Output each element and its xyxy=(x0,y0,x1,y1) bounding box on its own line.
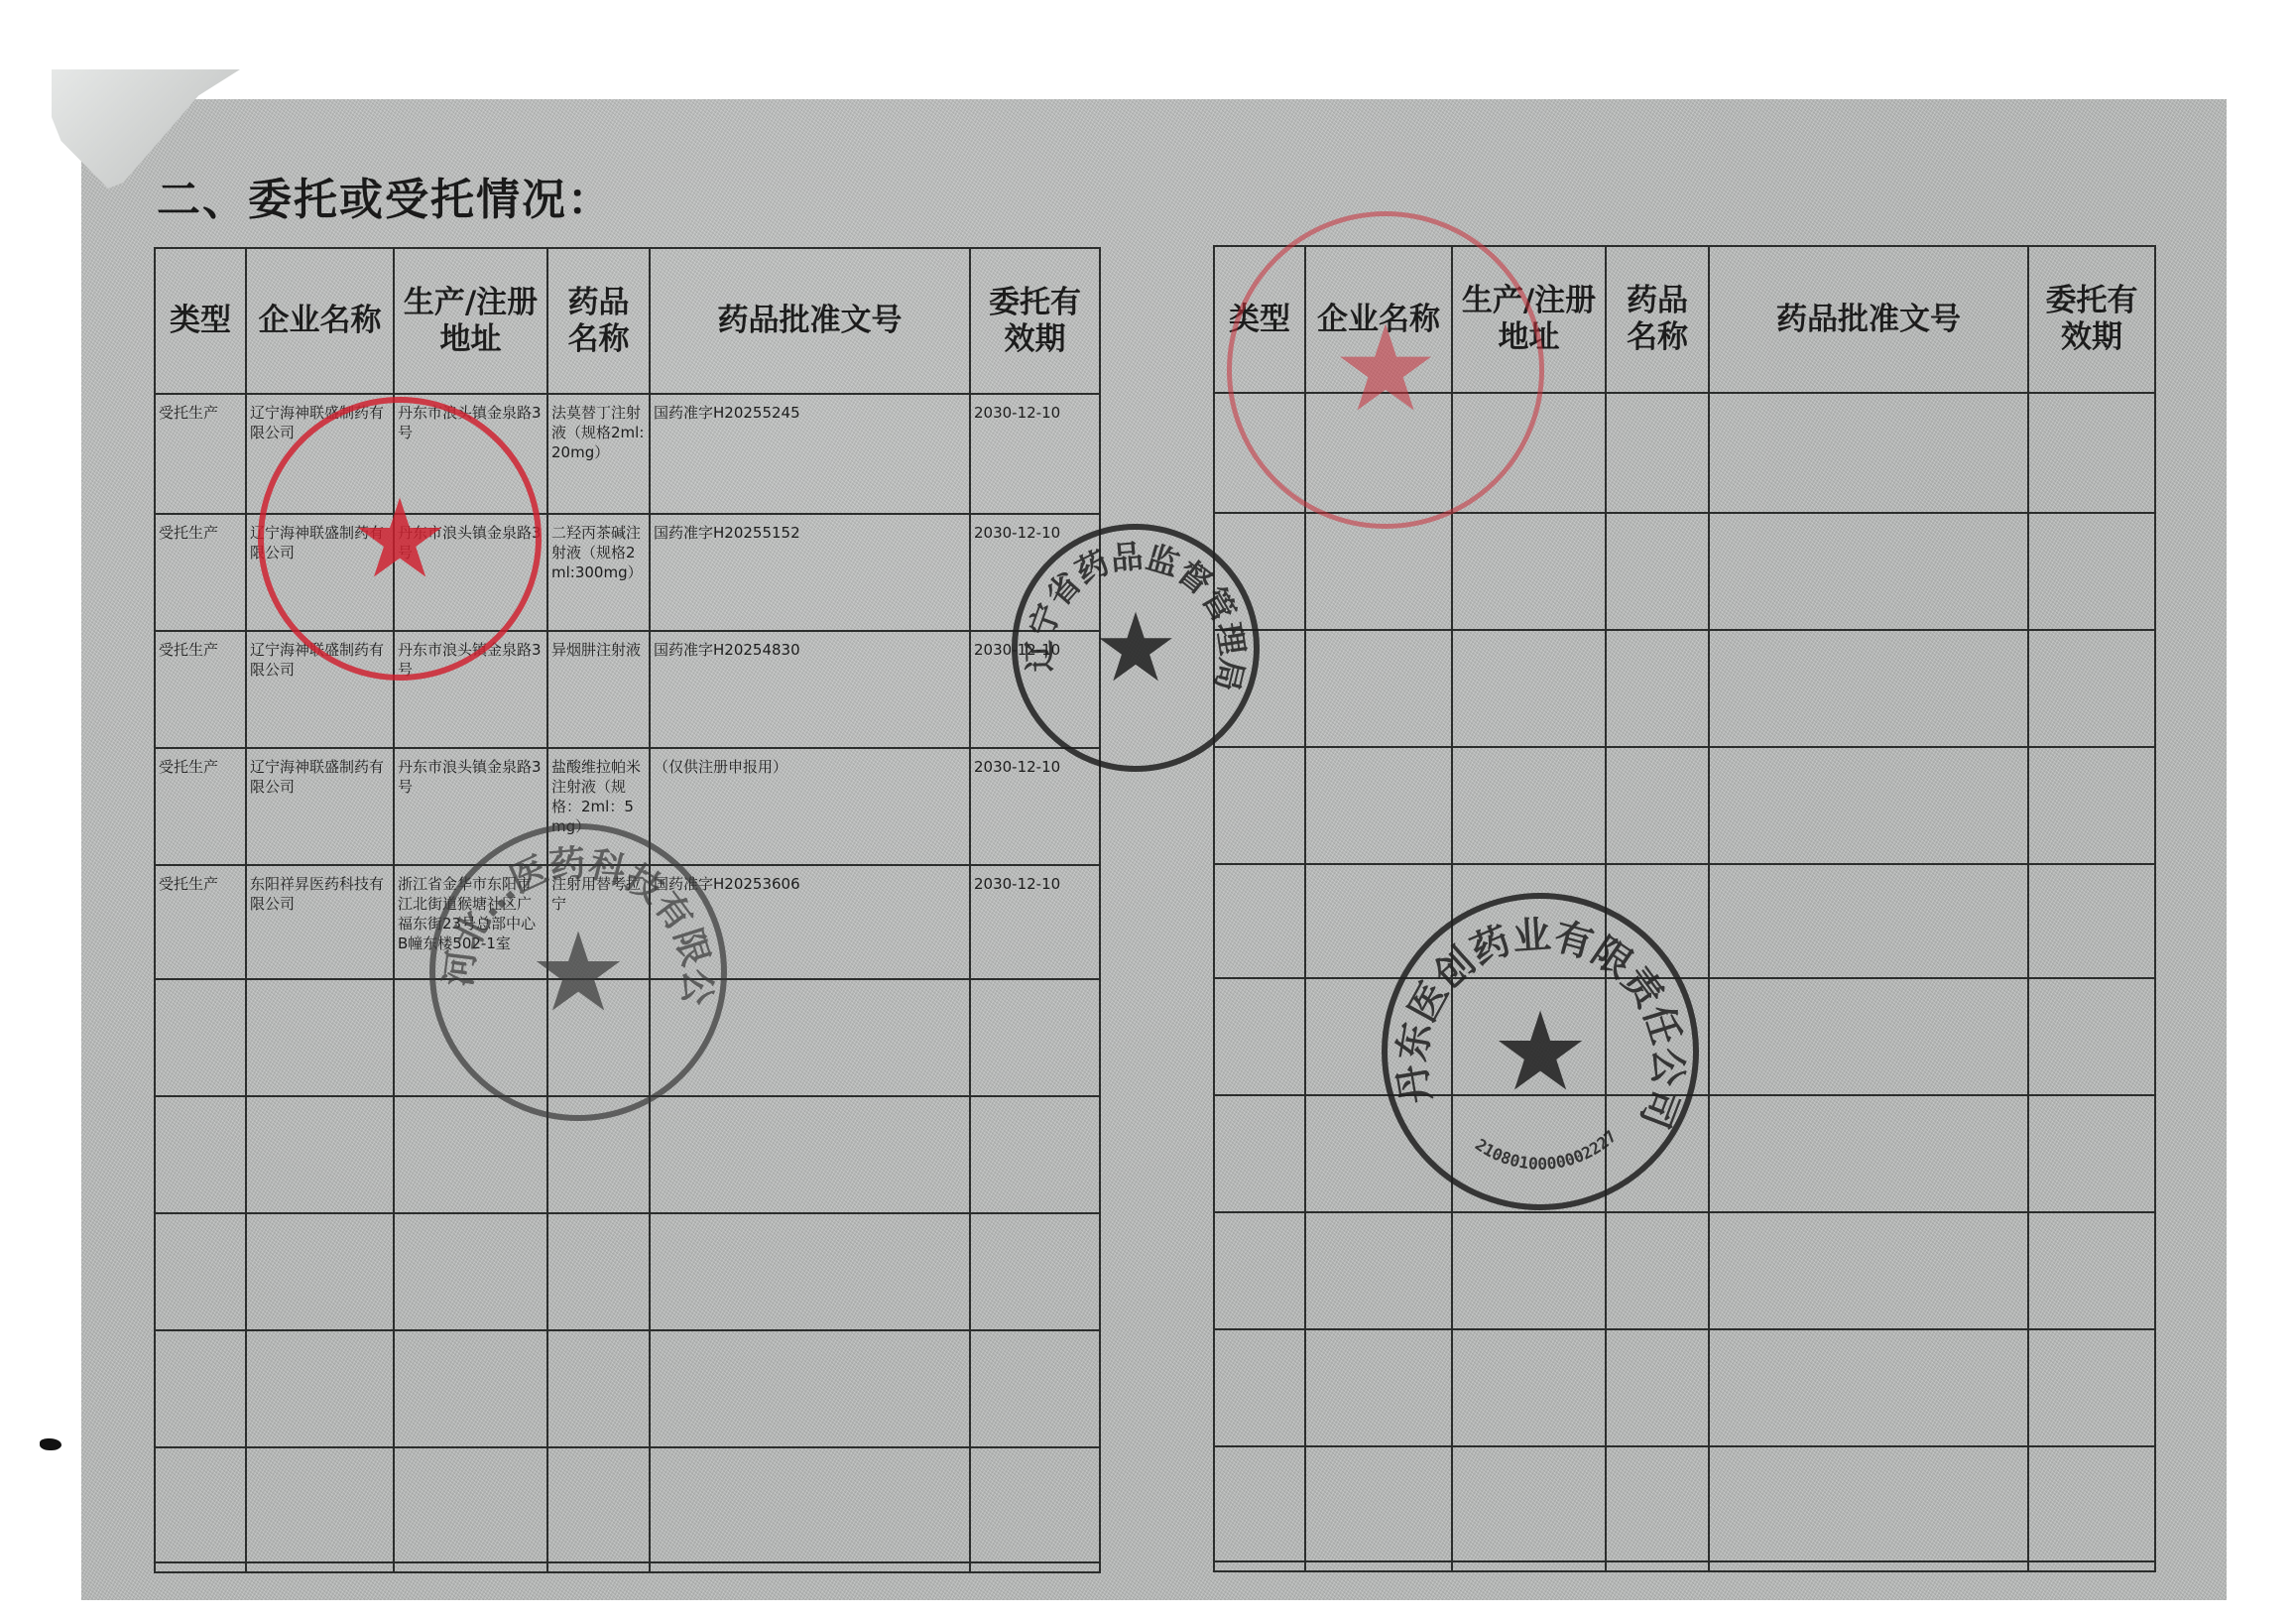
cell-company-text: 辽宁海神联盛制药有限公司 xyxy=(247,515,393,562)
cell-approval-number-text xyxy=(1710,631,2027,639)
cell-valid-until xyxy=(970,1447,1100,1562)
cell-address xyxy=(1452,513,1606,630)
cell-address xyxy=(394,1447,547,1562)
cell-type: 受托生产 xyxy=(155,394,246,514)
cell-type xyxy=(1214,864,1305,978)
cell-approval-number-text: 国药准字H20253606 xyxy=(651,866,969,894)
section-title: 二、委托或受托情况： xyxy=(157,164,613,227)
cell-drug-name-text xyxy=(1607,1213,1708,1221)
cell-company-text xyxy=(247,1097,393,1105)
cell-drug-name-text xyxy=(1607,631,1708,639)
cell-valid-until-text xyxy=(2029,1213,2154,1221)
cell-drug-name-text xyxy=(1607,394,1708,402)
cell-company xyxy=(246,1096,394,1213)
cell-type xyxy=(155,1330,246,1447)
cell-valid-until: 2030-12-10 xyxy=(970,748,1100,865)
cell-type-text xyxy=(1215,1096,1304,1104)
table-row xyxy=(155,1330,1100,1447)
cell-type-text: 受托生产 xyxy=(156,632,245,660)
cell-drug-name-text xyxy=(1607,514,1708,522)
cell-company-text xyxy=(247,1448,393,1456)
cell-address-text xyxy=(1453,865,1605,873)
cell-address-text xyxy=(395,980,546,988)
header-drug-name: 药品 名称 xyxy=(1606,246,1709,393)
cell-drug-name-text xyxy=(548,980,649,988)
cell-type xyxy=(1214,1561,1305,1571)
table-row: 受托生产辽宁海神联盛制药有限公司丹东市浪头镇金泉路3号二羟丙茶碱注射液（规格2m… xyxy=(155,514,1100,631)
cell-drug-name: 盐酸维拉帕米注射液（规格：2ml：5mg） xyxy=(547,748,650,865)
cell-drug-name-text: 异烟肼注射液 xyxy=(548,632,649,660)
cell-drug-name xyxy=(547,1096,650,1213)
header-company: 企业名称 xyxy=(1305,246,1452,393)
cell-type xyxy=(155,1096,246,1213)
cell-address xyxy=(394,1330,547,1447)
cell-approval-number: 国药准字H20255152 xyxy=(650,514,970,631)
cell-valid-until-text: 2030-12-10 xyxy=(971,866,1099,894)
cell-address xyxy=(394,1213,547,1330)
cell-address xyxy=(1452,630,1606,747)
cell-valid-until-text xyxy=(2029,865,2154,873)
cell-address-text: 丹东市浪头镇金泉路3号 xyxy=(395,395,546,442)
cell-valid-until xyxy=(2028,1329,2155,1446)
cell-drug-name-text: 盐酸维拉帕米注射液（规格：2ml：5mg） xyxy=(548,749,649,836)
cell-drug-name xyxy=(1606,864,1709,978)
cell-valid-until: 2030-12-10 xyxy=(970,514,1100,631)
cell-type xyxy=(1214,393,1305,513)
cell-address: 丹东市浪头镇金泉路3号 xyxy=(394,514,547,631)
cell-drug-name-text xyxy=(1607,748,1708,756)
cell-valid-until-text: 2030-12-10 xyxy=(971,395,1099,423)
cell-address-text xyxy=(1453,1213,1605,1221)
cell-company-text xyxy=(1306,631,1451,639)
cell-drug-name xyxy=(1606,630,1709,747)
cell-valid-until-text: 2030-12-10 xyxy=(971,632,1099,660)
cell-company-text: 东阳祥昇医药科技有限公司 xyxy=(247,866,393,914)
cell-company xyxy=(1305,1446,1452,1561)
cell-company xyxy=(1305,1212,1452,1329)
cell-company-text xyxy=(1306,394,1451,402)
cell-approval-number-text xyxy=(651,1214,969,1222)
cell-valid-until-text xyxy=(971,1331,1099,1339)
cell-drug-name-text: 二羟丙茶碱注射液（规格2ml:300mg） xyxy=(548,515,649,582)
header-approval-number: 药品批准文号 xyxy=(1709,246,2028,393)
cell-drug-name xyxy=(547,1562,650,1572)
cell-valid-until-text xyxy=(2029,748,2154,756)
cell-address xyxy=(1452,978,1606,1095)
right-entrustment-table: 类型 企业名称 生产/注册 地址 药品 名称 药品批准文号 委托有 效期 xyxy=(1213,245,2156,1572)
table-row: 受托生产辽宁海神联盛制药有限公司丹东市浪头镇金泉路3号异烟肼注射液国药准字H20… xyxy=(155,631,1100,748)
cell-address-text xyxy=(1453,1330,1605,1338)
cell-type xyxy=(1214,1095,1305,1212)
cell-approval-number-text xyxy=(651,980,969,988)
cell-approval-number-text xyxy=(1710,979,2027,987)
cell-drug-name xyxy=(1606,978,1709,1095)
table-row xyxy=(1214,393,2155,513)
left-table-body: 受托生产辽宁海神联盛制药有限公司丹东市浪头镇金泉路3号法莫替丁注射液（规格2ml… xyxy=(155,394,1100,1572)
cell-company xyxy=(246,1447,394,1562)
cell-approval-number xyxy=(1709,1561,2028,1571)
cell-approval-number-text xyxy=(651,1563,969,1571)
cell-address xyxy=(394,979,547,1096)
cell-address-text: 丹东市浪头镇金泉路3号 xyxy=(395,749,546,797)
cell-company-text: 辽宁海神联盛制药有限公司 xyxy=(247,395,393,442)
cell-valid-until xyxy=(970,1096,1100,1213)
cell-approval-number: 国药准字H20254830 xyxy=(650,631,970,748)
cell-drug-name-text xyxy=(548,1563,649,1571)
cell-valid-until-text xyxy=(971,980,1099,988)
cell-type xyxy=(155,1447,246,1562)
cell-approval-number-text xyxy=(1710,1096,2027,1104)
cell-company xyxy=(1305,864,1452,978)
table-row xyxy=(1214,1561,2155,1571)
cell-type xyxy=(1214,747,1305,864)
table-row xyxy=(155,1447,1100,1562)
cell-address-text xyxy=(1453,394,1605,402)
cell-valid-until xyxy=(2028,393,2155,513)
table-row xyxy=(1214,1446,2155,1561)
cell-approval-number xyxy=(1709,747,2028,864)
cell-address-text xyxy=(1453,748,1605,756)
cell-address xyxy=(1452,1561,1606,1571)
cell-address xyxy=(1452,1329,1606,1446)
cell-approval-number xyxy=(650,1096,970,1213)
cell-approval-number xyxy=(1709,1095,2028,1212)
cell-address xyxy=(1452,1212,1606,1329)
cell-address xyxy=(1452,747,1606,864)
cell-approval-number-text xyxy=(1710,514,2027,522)
cell-company: 辽宁海神联盛制药有限公司 xyxy=(246,748,394,865)
cell-address-text xyxy=(395,1214,546,1222)
cell-valid-until xyxy=(2028,864,2155,978)
header-company: 企业名称 xyxy=(246,248,394,394)
cell-company xyxy=(246,1213,394,1330)
cell-type-text xyxy=(156,1331,245,1339)
cell-approval-number-text xyxy=(651,1448,969,1456)
cell-valid-until-text xyxy=(2029,1447,2154,1455)
cell-type: 受托生产 xyxy=(155,748,246,865)
cell-drug-name xyxy=(547,1330,650,1447)
cell-address-text: 浙江省金华市东阳市江北街道猴塘社区广福东街23号总部中心B幢东楼502-1室 xyxy=(395,866,546,953)
cell-company: 东阳祥昇医药科技有限公司 xyxy=(246,865,394,979)
cell-type-text xyxy=(1215,514,1304,522)
cell-company xyxy=(246,979,394,1096)
cell-valid-until xyxy=(970,979,1100,1096)
cell-company-text xyxy=(1306,979,1451,987)
cell-valid-until-text xyxy=(971,1097,1099,1105)
cell-approval-number-text xyxy=(1710,1562,2027,1570)
cell-company-text xyxy=(247,1563,393,1571)
cell-type xyxy=(1214,1212,1305,1329)
cell-approval-number xyxy=(1709,1212,2028,1329)
cell-approval-number-text xyxy=(1710,394,2027,402)
table-row xyxy=(1214,1329,2155,1446)
cell-address: 浙江省金华市东阳市江北街道猴塘社区广福东街23号总部中心B幢东楼502-1室 xyxy=(394,865,547,979)
cell-drug-name: 注射用替考拉宁 xyxy=(547,865,650,979)
cell-valid-until-text xyxy=(2029,1330,2154,1338)
cell-address-text: 丹东市浪头镇金泉路3号 xyxy=(395,515,546,562)
cell-type-text xyxy=(1215,1562,1304,1570)
cell-type-text xyxy=(156,1448,245,1456)
cell-company-text xyxy=(1306,514,1451,522)
table-row xyxy=(155,979,1100,1096)
cell-approval-number xyxy=(1709,864,2028,978)
cell-type xyxy=(155,1562,246,1572)
cell-address-text xyxy=(395,1448,546,1456)
table-row xyxy=(1214,1212,2155,1329)
header-address: 生产/注册 地址 xyxy=(394,248,547,394)
cell-approval-number: 国药准字H20253606 xyxy=(650,865,970,979)
cell-approval-number-text xyxy=(1710,865,2027,873)
left-entrustment-table: 类型 企业名称 生产/注册 地址 药品 名称 药品批准文号 委托有 效期 受托生… xyxy=(154,247,1101,1573)
cell-type xyxy=(1214,978,1305,1095)
cell-company: 辽宁海神联盛制药有限公司 xyxy=(246,631,394,748)
table-row: 受托生产东阳祥昇医药科技有限公司浙江省金华市东阳市江北街道猴塘社区广福东街23号… xyxy=(155,865,1100,979)
table-row: 受托生产辽宁海神联盛制药有限公司丹东市浪头镇金泉路3号盐酸维拉帕米注射液（规格：… xyxy=(155,748,1100,865)
cell-type-text xyxy=(1215,1330,1304,1338)
cell-approval-number-text: 国药准字H20255152 xyxy=(651,515,969,543)
cell-type: 受托生产 xyxy=(155,865,246,979)
table-row xyxy=(1214,513,2155,630)
cell-address-text xyxy=(1453,631,1605,639)
cell-drug-name-text: 法莫替丁注射液（规格2ml:20mg） xyxy=(548,395,649,462)
cell-type: 受托生产 xyxy=(155,514,246,631)
cell-company-text: 辽宁海神联盛制药有限公司 xyxy=(247,632,393,680)
cell-type-text xyxy=(1215,979,1304,987)
cell-type-text xyxy=(1215,394,1304,402)
cell-type xyxy=(155,1213,246,1330)
table-row xyxy=(1214,1095,2155,1212)
cell-valid-until xyxy=(2028,978,2155,1095)
cell-drug-name xyxy=(1606,1446,1709,1561)
cell-drug-name-text xyxy=(1607,1330,1708,1338)
cell-company xyxy=(246,1330,394,1447)
cell-drug-name-text xyxy=(548,1331,649,1339)
cell-drug-name-text: 注射用替考拉宁 xyxy=(548,866,649,914)
cell-type-text xyxy=(1215,1447,1304,1455)
cell-company-text xyxy=(247,1214,393,1222)
cell-type-text xyxy=(156,1097,245,1105)
cell-approval-number-text: 国药准字H20255245 xyxy=(651,395,969,423)
cell-approval-number xyxy=(650,1447,970,1562)
cell-approval-number xyxy=(650,1562,970,1572)
table-row xyxy=(155,1213,1100,1330)
header-type: 类型 xyxy=(155,248,246,394)
cell-valid-until xyxy=(2028,630,2155,747)
cell-company-text xyxy=(247,980,393,988)
cell-address-text xyxy=(1453,514,1605,522)
header-approval-number: 药品批准文号 xyxy=(650,248,970,394)
cell-drug-name-text xyxy=(548,1097,649,1105)
table-row xyxy=(155,1562,1100,1572)
cell-valid-until: 2030-12-10 xyxy=(970,631,1100,748)
cell-approval-number-text xyxy=(651,1097,969,1105)
cell-valid-until: 2030-12-10 xyxy=(970,865,1100,979)
table-row xyxy=(1214,747,2155,864)
cell-valid-until-text xyxy=(2029,979,2154,987)
cell-company-text xyxy=(1306,1213,1451,1221)
cell-address xyxy=(1452,864,1606,978)
cell-company-text xyxy=(1306,1562,1451,1570)
cell-valid-until-text xyxy=(2029,1096,2154,1104)
cell-company-text xyxy=(1306,865,1451,873)
cell-approval-number xyxy=(1709,1446,2028,1561)
cell-type xyxy=(1214,630,1305,747)
cell-valid-until xyxy=(2028,1446,2155,1561)
cell-address-text xyxy=(1453,1562,1605,1570)
cell-address xyxy=(1452,393,1606,513)
cell-address-text xyxy=(1453,979,1605,987)
cell-address-text xyxy=(395,1331,546,1339)
cell-valid-until-text: 2030-12-10 xyxy=(971,749,1099,777)
cell-valid-until xyxy=(970,1213,1100,1330)
cell-company-text xyxy=(1306,748,1451,756)
table-row xyxy=(1214,864,2155,978)
cell-address-text xyxy=(395,1097,546,1105)
cell-approval-number xyxy=(650,979,970,1096)
cell-approval-number xyxy=(1709,1329,2028,1446)
cell-drug-name xyxy=(1606,1561,1709,1571)
cell-company xyxy=(1305,747,1452,864)
cell-company xyxy=(1305,1095,1452,1212)
cell-approval-number xyxy=(650,1213,970,1330)
cell-approval-number xyxy=(650,1330,970,1447)
cell-type xyxy=(155,979,246,1096)
cell-approval-number: 国药准字H20255245 xyxy=(650,394,970,514)
table-row xyxy=(155,1096,1100,1213)
cell-type: 受托生产 xyxy=(155,631,246,748)
cell-type-text xyxy=(1215,865,1304,873)
cell-type-text: 受托生产 xyxy=(156,749,245,777)
cell-drug-name-text xyxy=(1607,1562,1708,1570)
cell-company xyxy=(1305,1561,1452,1571)
header-type: 类型 xyxy=(1214,246,1305,393)
cell-company-text: 辽宁海神联盛制药有限公司 xyxy=(247,749,393,797)
cell-drug-name-text xyxy=(1607,1096,1708,1104)
cell-drug-name xyxy=(1606,1095,1709,1212)
table-row xyxy=(1214,978,2155,1095)
cell-valid-until-text xyxy=(2029,394,2154,402)
cell-company xyxy=(246,1562,394,1572)
cell-valid-until-text xyxy=(971,1563,1099,1571)
cell-address-text: 丹东市浪头镇金泉路3号 xyxy=(395,632,546,680)
cell-valid-until xyxy=(2028,1212,2155,1329)
cell-approval-number xyxy=(1709,513,2028,630)
cell-company-text xyxy=(1306,1447,1451,1455)
cell-type-text xyxy=(156,1563,245,1571)
cell-drug-name-text xyxy=(1607,865,1708,873)
cell-type-text xyxy=(1215,1213,1304,1221)
cell-drug-name-text xyxy=(548,1448,649,1456)
cell-valid-until xyxy=(2028,747,2155,864)
table-row xyxy=(1214,630,2155,747)
cell-company-text xyxy=(1306,1096,1451,1104)
cell-drug-name xyxy=(1606,747,1709,864)
cell-company xyxy=(1305,393,1452,513)
cell-drug-name xyxy=(1606,1329,1709,1446)
cell-valid-until-text xyxy=(2029,631,2154,639)
cell-company-text xyxy=(1306,1330,1451,1338)
cell-drug-name: 二羟丙茶碱注射液（规格2ml:300mg） xyxy=(547,514,650,631)
table-header-row: 类型 企业名称 生产/注册 地址 药品 名称 药品批准文号 委托有 效期 xyxy=(155,248,1100,394)
cell-type-text: 受托生产 xyxy=(156,515,245,543)
cell-approval-number: （仅供注册申报用） xyxy=(650,748,970,865)
cell-type-text: 受托生产 xyxy=(156,395,245,423)
cell-drug-name-text xyxy=(1607,1447,1708,1455)
cell-valid-until-text xyxy=(971,1214,1099,1222)
cell-approval-number-text: （仅供注册申报用） xyxy=(651,749,969,777)
cell-address: 丹东市浪头镇金泉路3号 xyxy=(394,631,547,748)
cell-type xyxy=(1214,513,1305,630)
cell-approval-number xyxy=(1709,978,2028,1095)
cell-company xyxy=(1305,630,1452,747)
right-table-body xyxy=(1214,393,2155,1571)
cell-drug-name xyxy=(547,1213,650,1330)
cell-address xyxy=(394,1096,547,1213)
cell-type-text xyxy=(1215,748,1304,756)
cell-approval-number-text xyxy=(1710,748,2027,756)
cell-drug-name: 异烟肼注射液 xyxy=(547,631,650,748)
cell-type-text: 受托生产 xyxy=(156,866,245,894)
cell-drug-name: 法莫替丁注射液（规格2ml:20mg） xyxy=(547,394,650,514)
cell-type xyxy=(1214,1329,1305,1446)
cell-company-text xyxy=(247,1331,393,1339)
header-valid-until: 委托有 效期 xyxy=(2028,246,2155,393)
cell-approval-number-text xyxy=(651,1331,969,1339)
table-header-row: 类型 企业名称 生产/注册 地址 药品 名称 药品批准文号 委托有 效期 xyxy=(1214,246,2155,393)
cell-valid-until-text xyxy=(971,1448,1099,1456)
cell-drug-name xyxy=(547,1447,650,1562)
cell-type-text xyxy=(156,1214,245,1222)
cell-type xyxy=(1214,1446,1305,1561)
cell-address-text xyxy=(395,1563,546,1571)
cell-drug-name-text xyxy=(548,1214,649,1222)
cell-address xyxy=(1452,1446,1606,1561)
cell-address-text xyxy=(1453,1096,1605,1104)
cell-drug-name xyxy=(547,979,650,1096)
cell-approval-number-text: 国药准字H20254830 xyxy=(651,632,969,660)
cell-valid-until-text xyxy=(2029,1562,2154,1570)
cell-company xyxy=(1305,1329,1452,1446)
cell-valid-until: 2030-12-10 xyxy=(970,394,1100,514)
table-row: 受托生产辽宁海神联盛制药有限公司丹东市浪头镇金泉路3号法莫替丁注射液（规格2ml… xyxy=(155,394,1100,514)
cell-address xyxy=(1452,1095,1606,1212)
cell-valid-until xyxy=(2028,1095,2155,1212)
cell-approval-number-text xyxy=(1710,1447,2027,1455)
cell-company: 辽宁海神联盛制药有限公司 xyxy=(246,394,394,514)
cell-valid-until xyxy=(2028,513,2155,630)
cell-type-text xyxy=(1215,631,1304,639)
cell-drug-name-text xyxy=(1607,979,1708,987)
cell-valid-until-text xyxy=(2029,514,2154,522)
cell-address: 丹东市浪头镇金泉路3号 xyxy=(394,748,547,865)
cell-approval-number-text xyxy=(1710,1213,2027,1221)
header-drug-name: 药品 名称 xyxy=(547,248,650,394)
cell-drug-name xyxy=(1606,393,1709,513)
cell-approval-number-text xyxy=(1710,1330,2027,1338)
cell-company: 辽宁海神联盛制药有限公司 xyxy=(246,514,394,631)
cell-address-text xyxy=(1453,1447,1605,1455)
cell-address xyxy=(394,1562,547,1572)
cell-valid-until xyxy=(2028,1561,2155,1571)
cell-address: 丹东市浪头镇金泉路3号 xyxy=(394,394,547,514)
cell-approval-number xyxy=(1709,393,2028,513)
cell-company xyxy=(1305,978,1452,1095)
cell-drug-name xyxy=(1606,513,1709,630)
header-valid-until: 委托有 效期 xyxy=(970,248,1100,394)
scan-ink-mark xyxy=(40,1438,61,1450)
cell-valid-until xyxy=(970,1330,1100,1447)
cell-approval-number xyxy=(1709,630,2028,747)
